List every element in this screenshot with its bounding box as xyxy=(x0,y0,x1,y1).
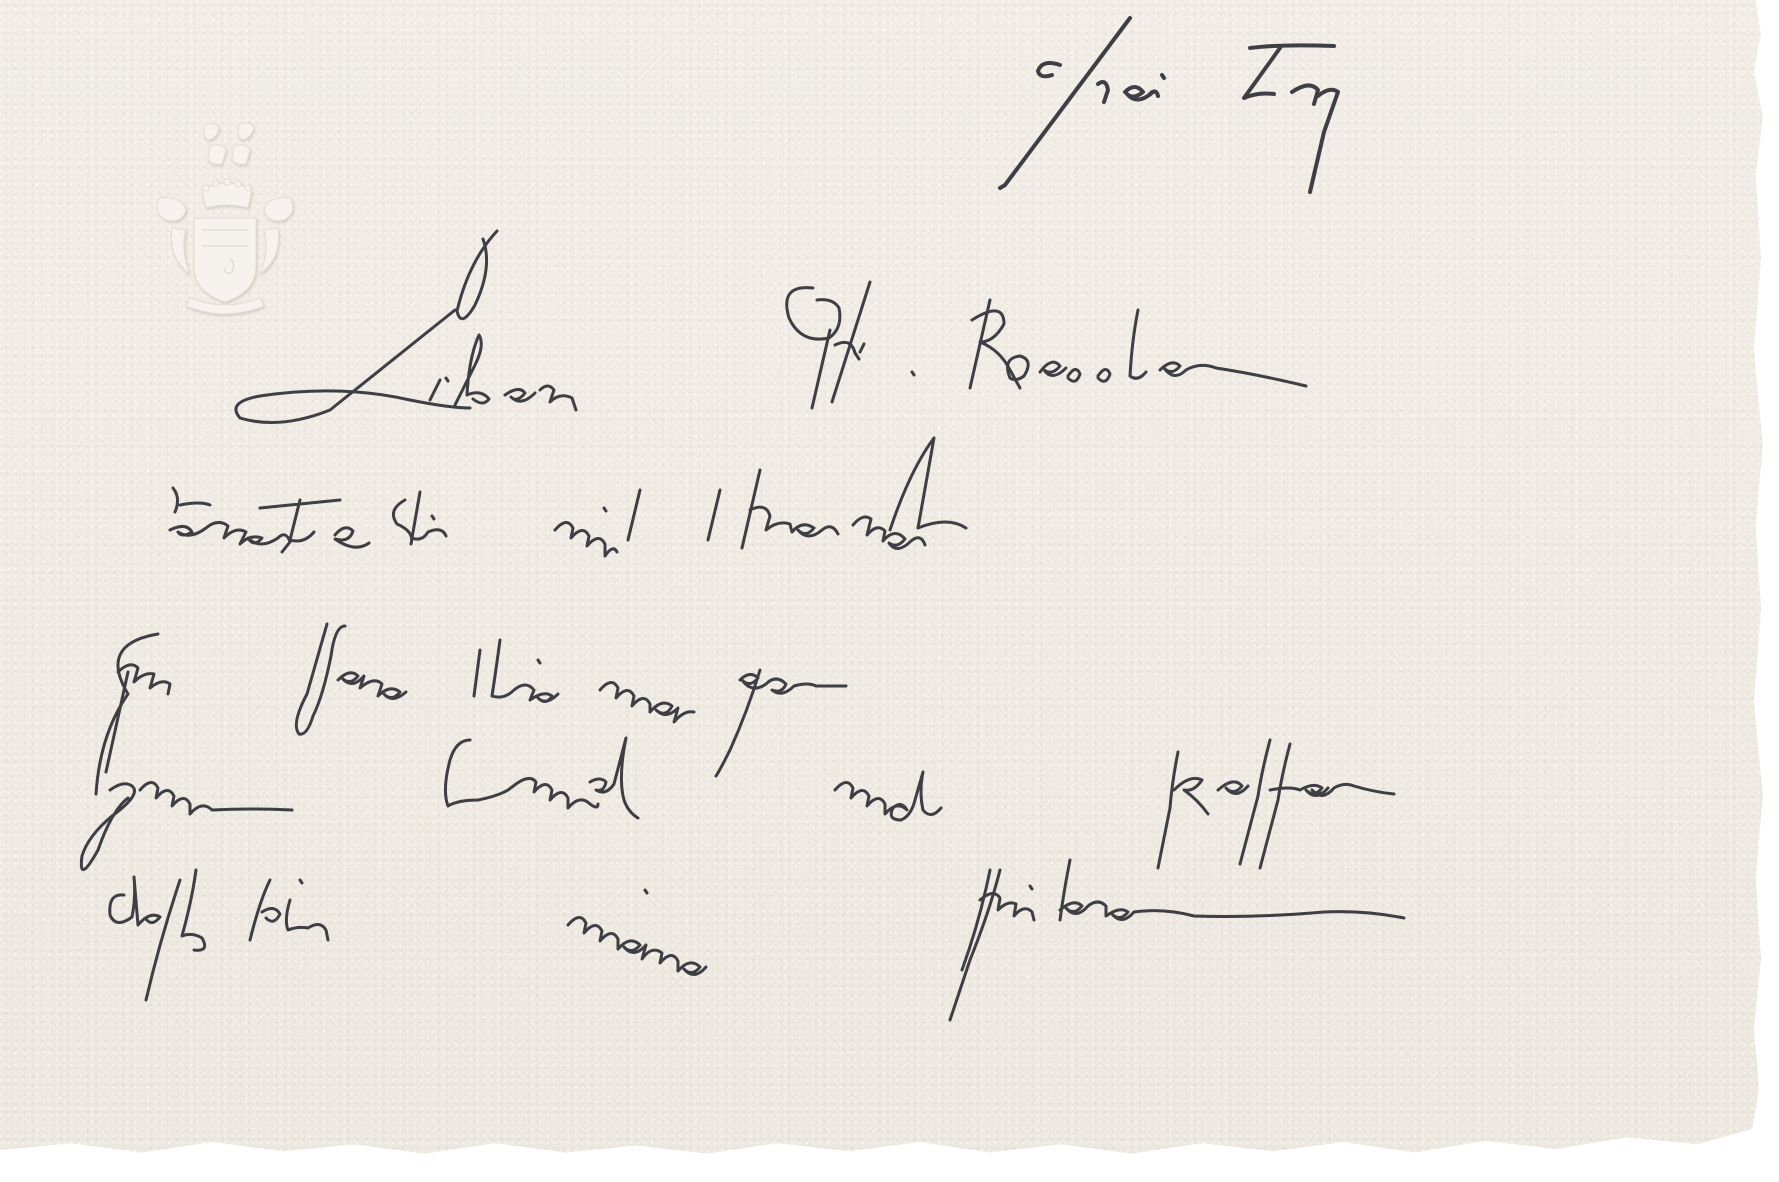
body-line-1-strokes xyxy=(170,438,966,556)
date-line-strokes xyxy=(1000,18,1338,192)
body-line-2-strokes xyxy=(96,624,846,794)
scan-background: Freitag Lieber Dr. Roessler Erwarte Sie … xyxy=(0,0,1779,1182)
body-line-4-strokes xyxy=(110,860,1404,1020)
salutation-strokes xyxy=(236,231,1306,423)
handwriting-strokes xyxy=(0,0,1779,1182)
body-line-3-strokes xyxy=(81,738,1394,870)
